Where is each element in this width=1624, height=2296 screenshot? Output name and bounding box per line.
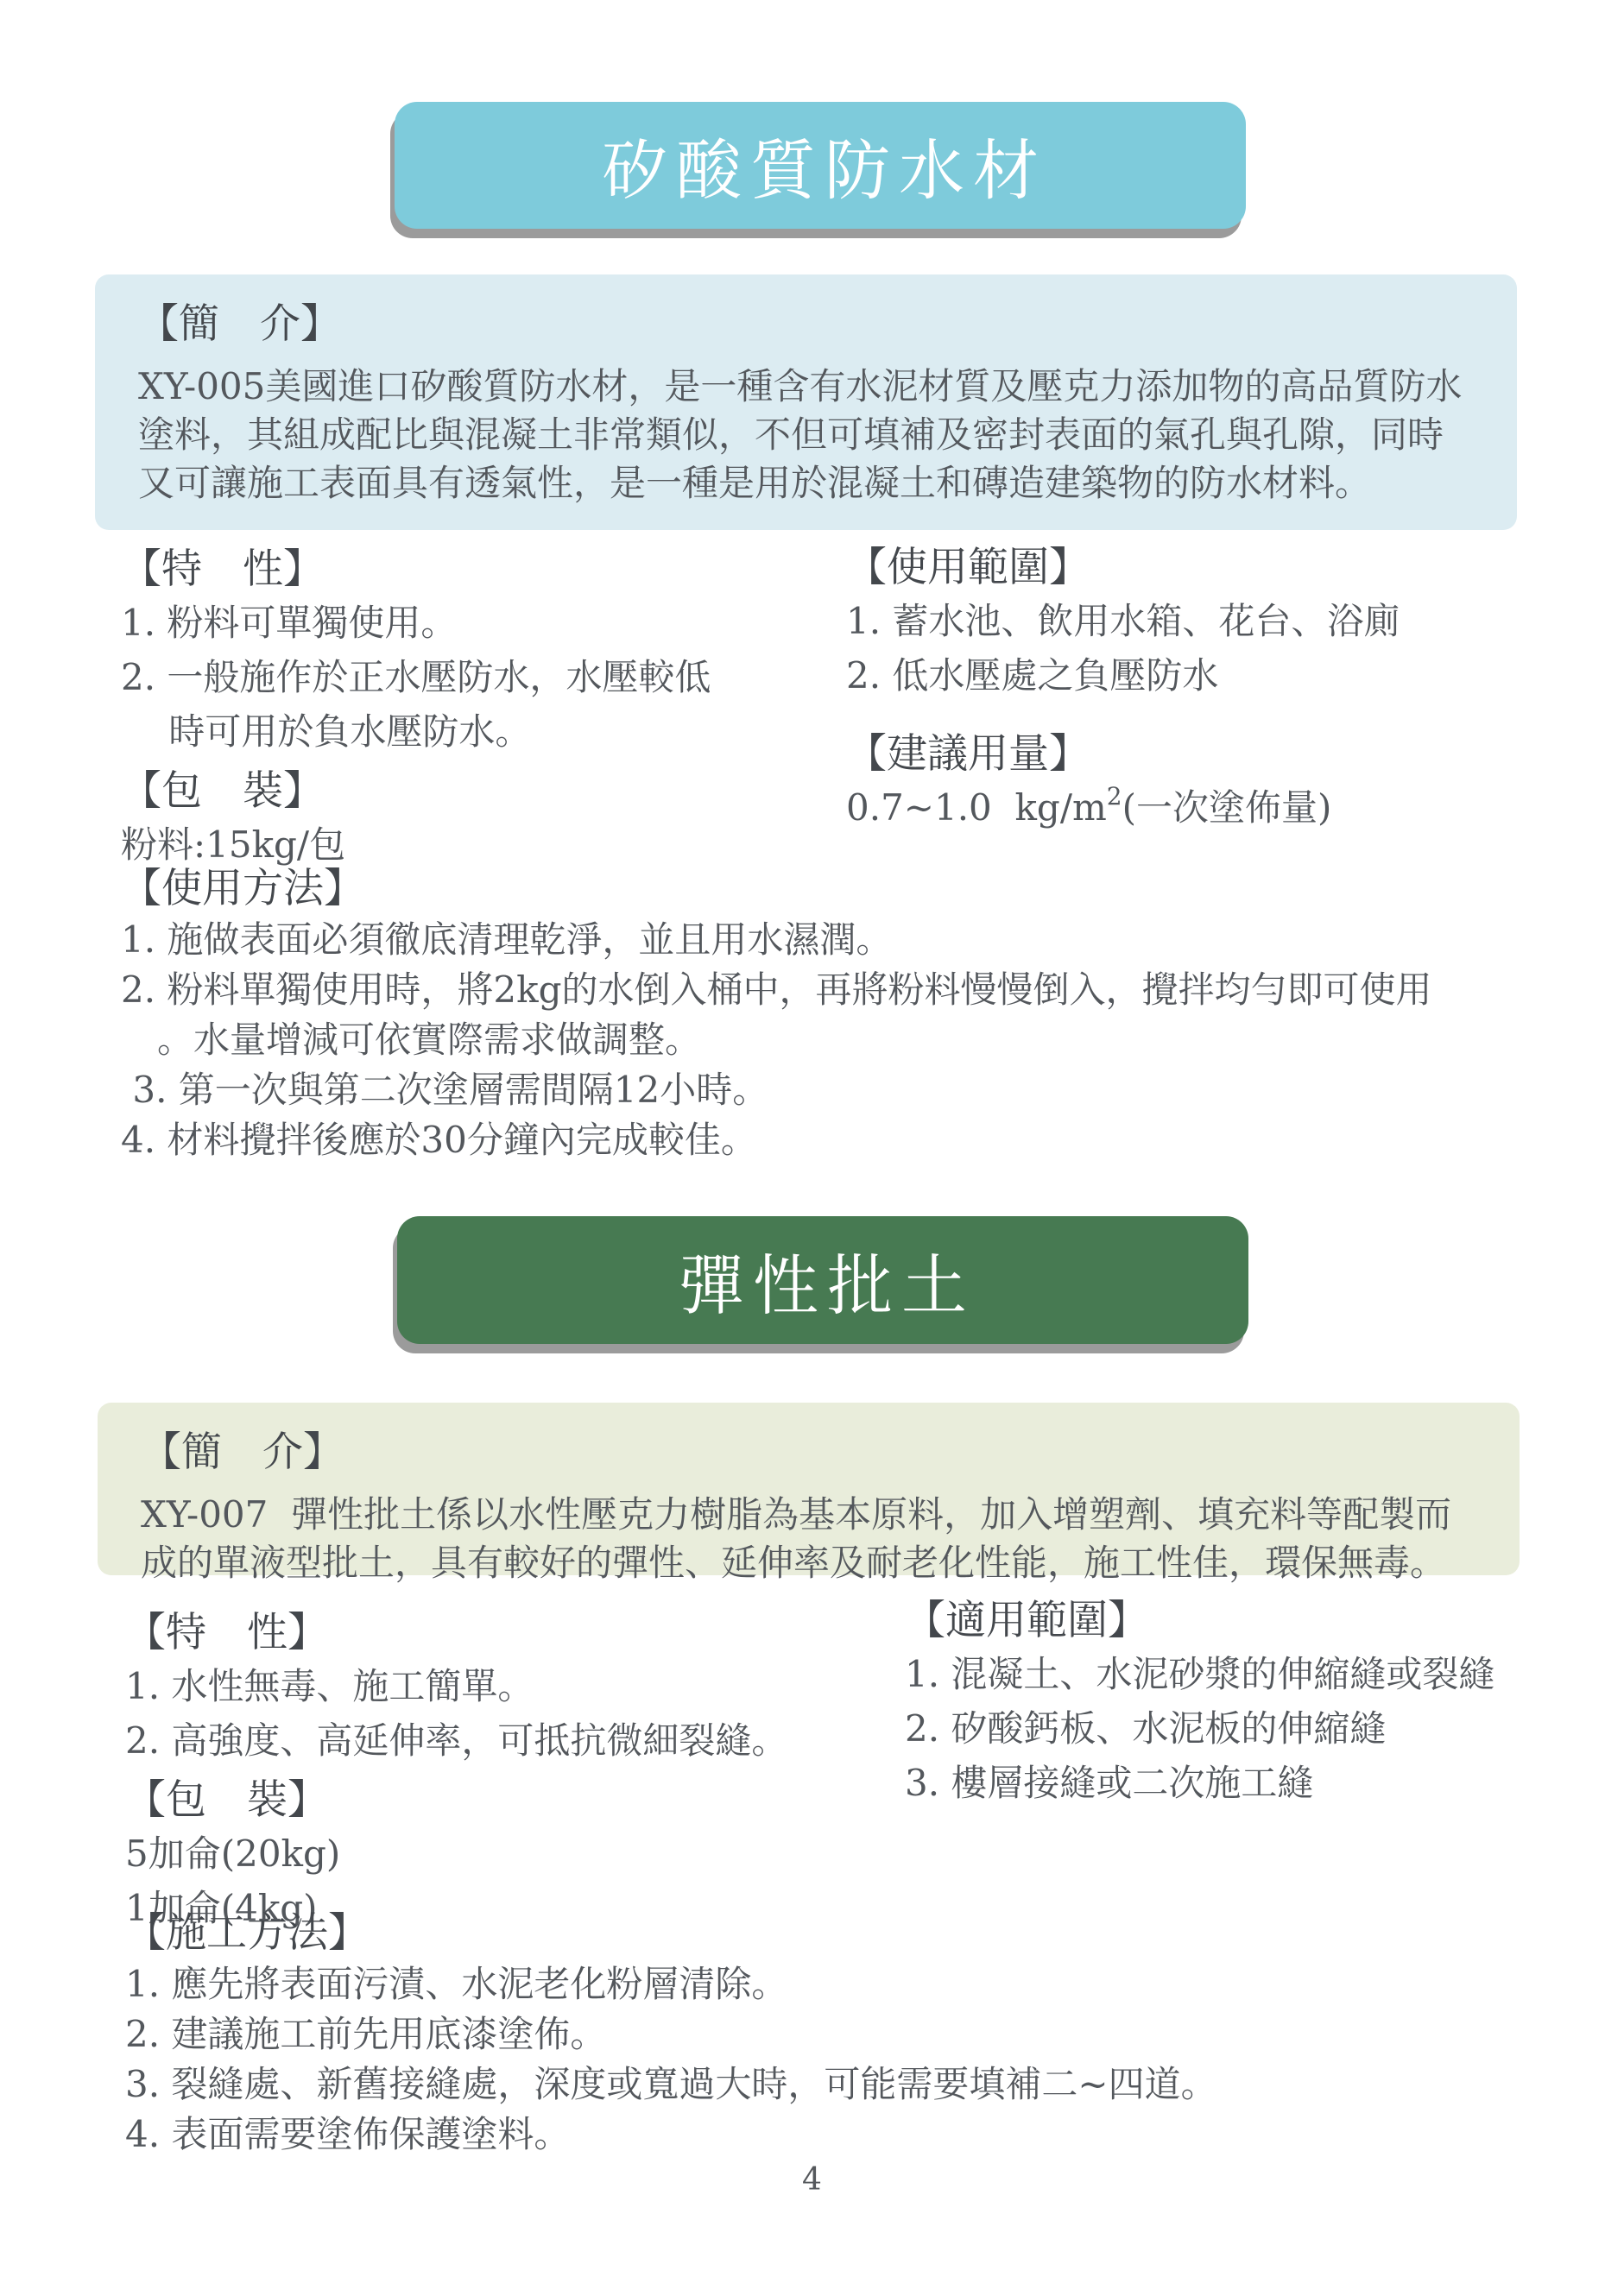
catalog-page: 矽酸質防水材 【簡 介】 XY-005美國進口矽酸質防水材，是一種含有水泥材質及… <box>0 0 1624 2296</box>
product1-intro-heading: 【簡 介】 <box>138 299 1474 350</box>
list-item: 。水量增減可依實際需求做調整。 <box>121 1015 1541 1065</box>
page-number: 4 <box>0 2162 1624 2198</box>
list-item: 3. 第一次與第二次塗層需間隔12小時。 <box>121 1065 1541 1115</box>
product1-packaging-heading: 【包 裝】 <box>121 766 846 817</box>
list-item: 4. 材料攪拌後應於30分鐘內完成較佳。 <box>121 1115 1541 1165</box>
list-item: 時可用於負水壓防水。 <box>121 704 846 759</box>
product2-intro-box: 【簡 介】 XY-007 彈性批土係以水性壓克力樹脂為基本原料，加入增塑劑、填充… <box>98 1403 1520 1575</box>
product2-features-heading: 【特 性】 <box>125 1607 902 1659</box>
list-item: 1. 粉料可單獨使用。 <box>121 596 846 650</box>
list-item: 1. 水性無毒、施工簡單。 <box>125 1659 902 1713</box>
product2-method-heading: 【施工方法】 <box>125 1908 1545 1959</box>
product1-left-column: 【特 性】 1. 粉料可單獨使用。 2. 一般施作於正水壓防水，水壓較低 時可用… <box>121 544 846 872</box>
list-item: 1. 應先將表面污漬、水泥老化粉層清除。 <box>125 1959 1545 2009</box>
list-item: 3. 樓層接縫或二次施工縫 <box>905 1756 1587 1810</box>
product1-method-heading: 【使用方法】 <box>121 863 1541 915</box>
product2-intro-heading: 【簡 介】 <box>141 1427 1476 1479</box>
dosage-superscript: 2 <box>1107 782 1122 811</box>
product1-dosage-heading: 【建議用量】 <box>846 729 1537 780</box>
product1-right-column: 【使用範圍】 1. 蓄水池、飲用水箱、花台、浴廁 2. 低水壓處之負壓防水 【建… <box>846 542 1537 835</box>
list-item: 2. 粉料單獨使用時，將2kg的水倒入桶中，再將粉料慢慢倒入，攪拌均勻即可使用 <box>121 965 1541 1015</box>
list-item: 2. 矽酸鈣板、水泥板的伸縮縫 <box>905 1701 1587 1756</box>
list-item: 5加侖(20kg) <box>125 1826 902 1881</box>
list-item: 2. 低水壓處之負壓防水 <box>846 648 1537 703</box>
list-item: 2. 高強度、高延伸率，可抵抗微細裂縫。 <box>125 1713 902 1768</box>
dosage-amount: 0.7~1.0 kg/m <box>846 786 1107 829</box>
list-item: 2. 一般施作於正水壓防水，水壓較低 <box>121 650 846 704</box>
product1-intro-box: 【簡 介】 XY-005美國進口矽酸質防水材，是一種含有水泥材質及壓克力添加物的… <box>95 274 1517 530</box>
product2-banner: 彈性批土 <box>397 1216 1248 1344</box>
product2-scope-heading: 【適用範圍】 <box>905 1595 1587 1647</box>
list-item: 1. 蓄水池、飲用水箱、花台、浴廁 <box>846 594 1537 648</box>
product1-banner-title: 矽酸質防水材 <box>593 118 1047 212</box>
product1-intro-body: XY-005美國進口矽酸質防水材，是一種含有水泥材質及壓克力添加物的高品質防水塗… <box>138 363 1474 508</box>
list-item: 1. 施做表面必須徹底清理乾淨，並且用水濕潤。 <box>121 915 1541 965</box>
list-item: 2. 建議施工前先用底漆塗佈。 <box>125 2009 1545 2059</box>
list-item: 1. 混凝土、水泥砂漿的伸縮縫或裂縫 <box>905 1647 1587 1701</box>
product1-method-block: 【使用方法】 1. 施做表面必須徹底清理乾淨，並且用水濕潤。 2. 粉料單獨使用… <box>121 863 1541 1165</box>
product2-right-column: 【適用範圍】 1. 混凝土、水泥砂漿的伸縮縫或裂縫 2. 矽酸鈣板、水泥板的伸縮… <box>905 1595 1587 1810</box>
product1-banner: 矽酸質防水材 <box>395 102 1246 229</box>
product2-left-column: 【特 性】 1. 水性無毒、施工簡單。 2. 高強度、高延伸率，可抵抗微細裂縫。… <box>125 1607 902 1935</box>
product2-packaging-heading: 【包 裝】 <box>125 1775 902 1826</box>
list-item: 3. 裂縫處、新舊接縫處，深度或寬過大時，可能需要填補二~四道。 <box>125 2059 1545 2110</box>
product1-features-heading: 【特 性】 <box>121 544 846 596</box>
product1-dosage-value: 0.7~1.0 kg/m2(一次塗佈量) <box>846 780 1537 835</box>
product2-method-block: 【施工方法】 1. 應先將表面污漬、水泥老化粉層清除。 2. 建議施工前先用底漆… <box>125 1908 1545 2160</box>
product2-intro-body: XY-007 彈性批土係以水性壓克力樹脂為基本原料，加入增塑劑、填充料等配製而成… <box>141 1491 1476 1587</box>
product2-banner-title: 彈性批土 <box>670 1233 976 1328</box>
product1-scope-heading: 【使用範圍】 <box>846 542 1537 594</box>
dosage-note: (一次塗佈量) <box>1122 786 1332 829</box>
list-item: 4. 表面需要塗佈保護塗料。 <box>125 2110 1545 2160</box>
